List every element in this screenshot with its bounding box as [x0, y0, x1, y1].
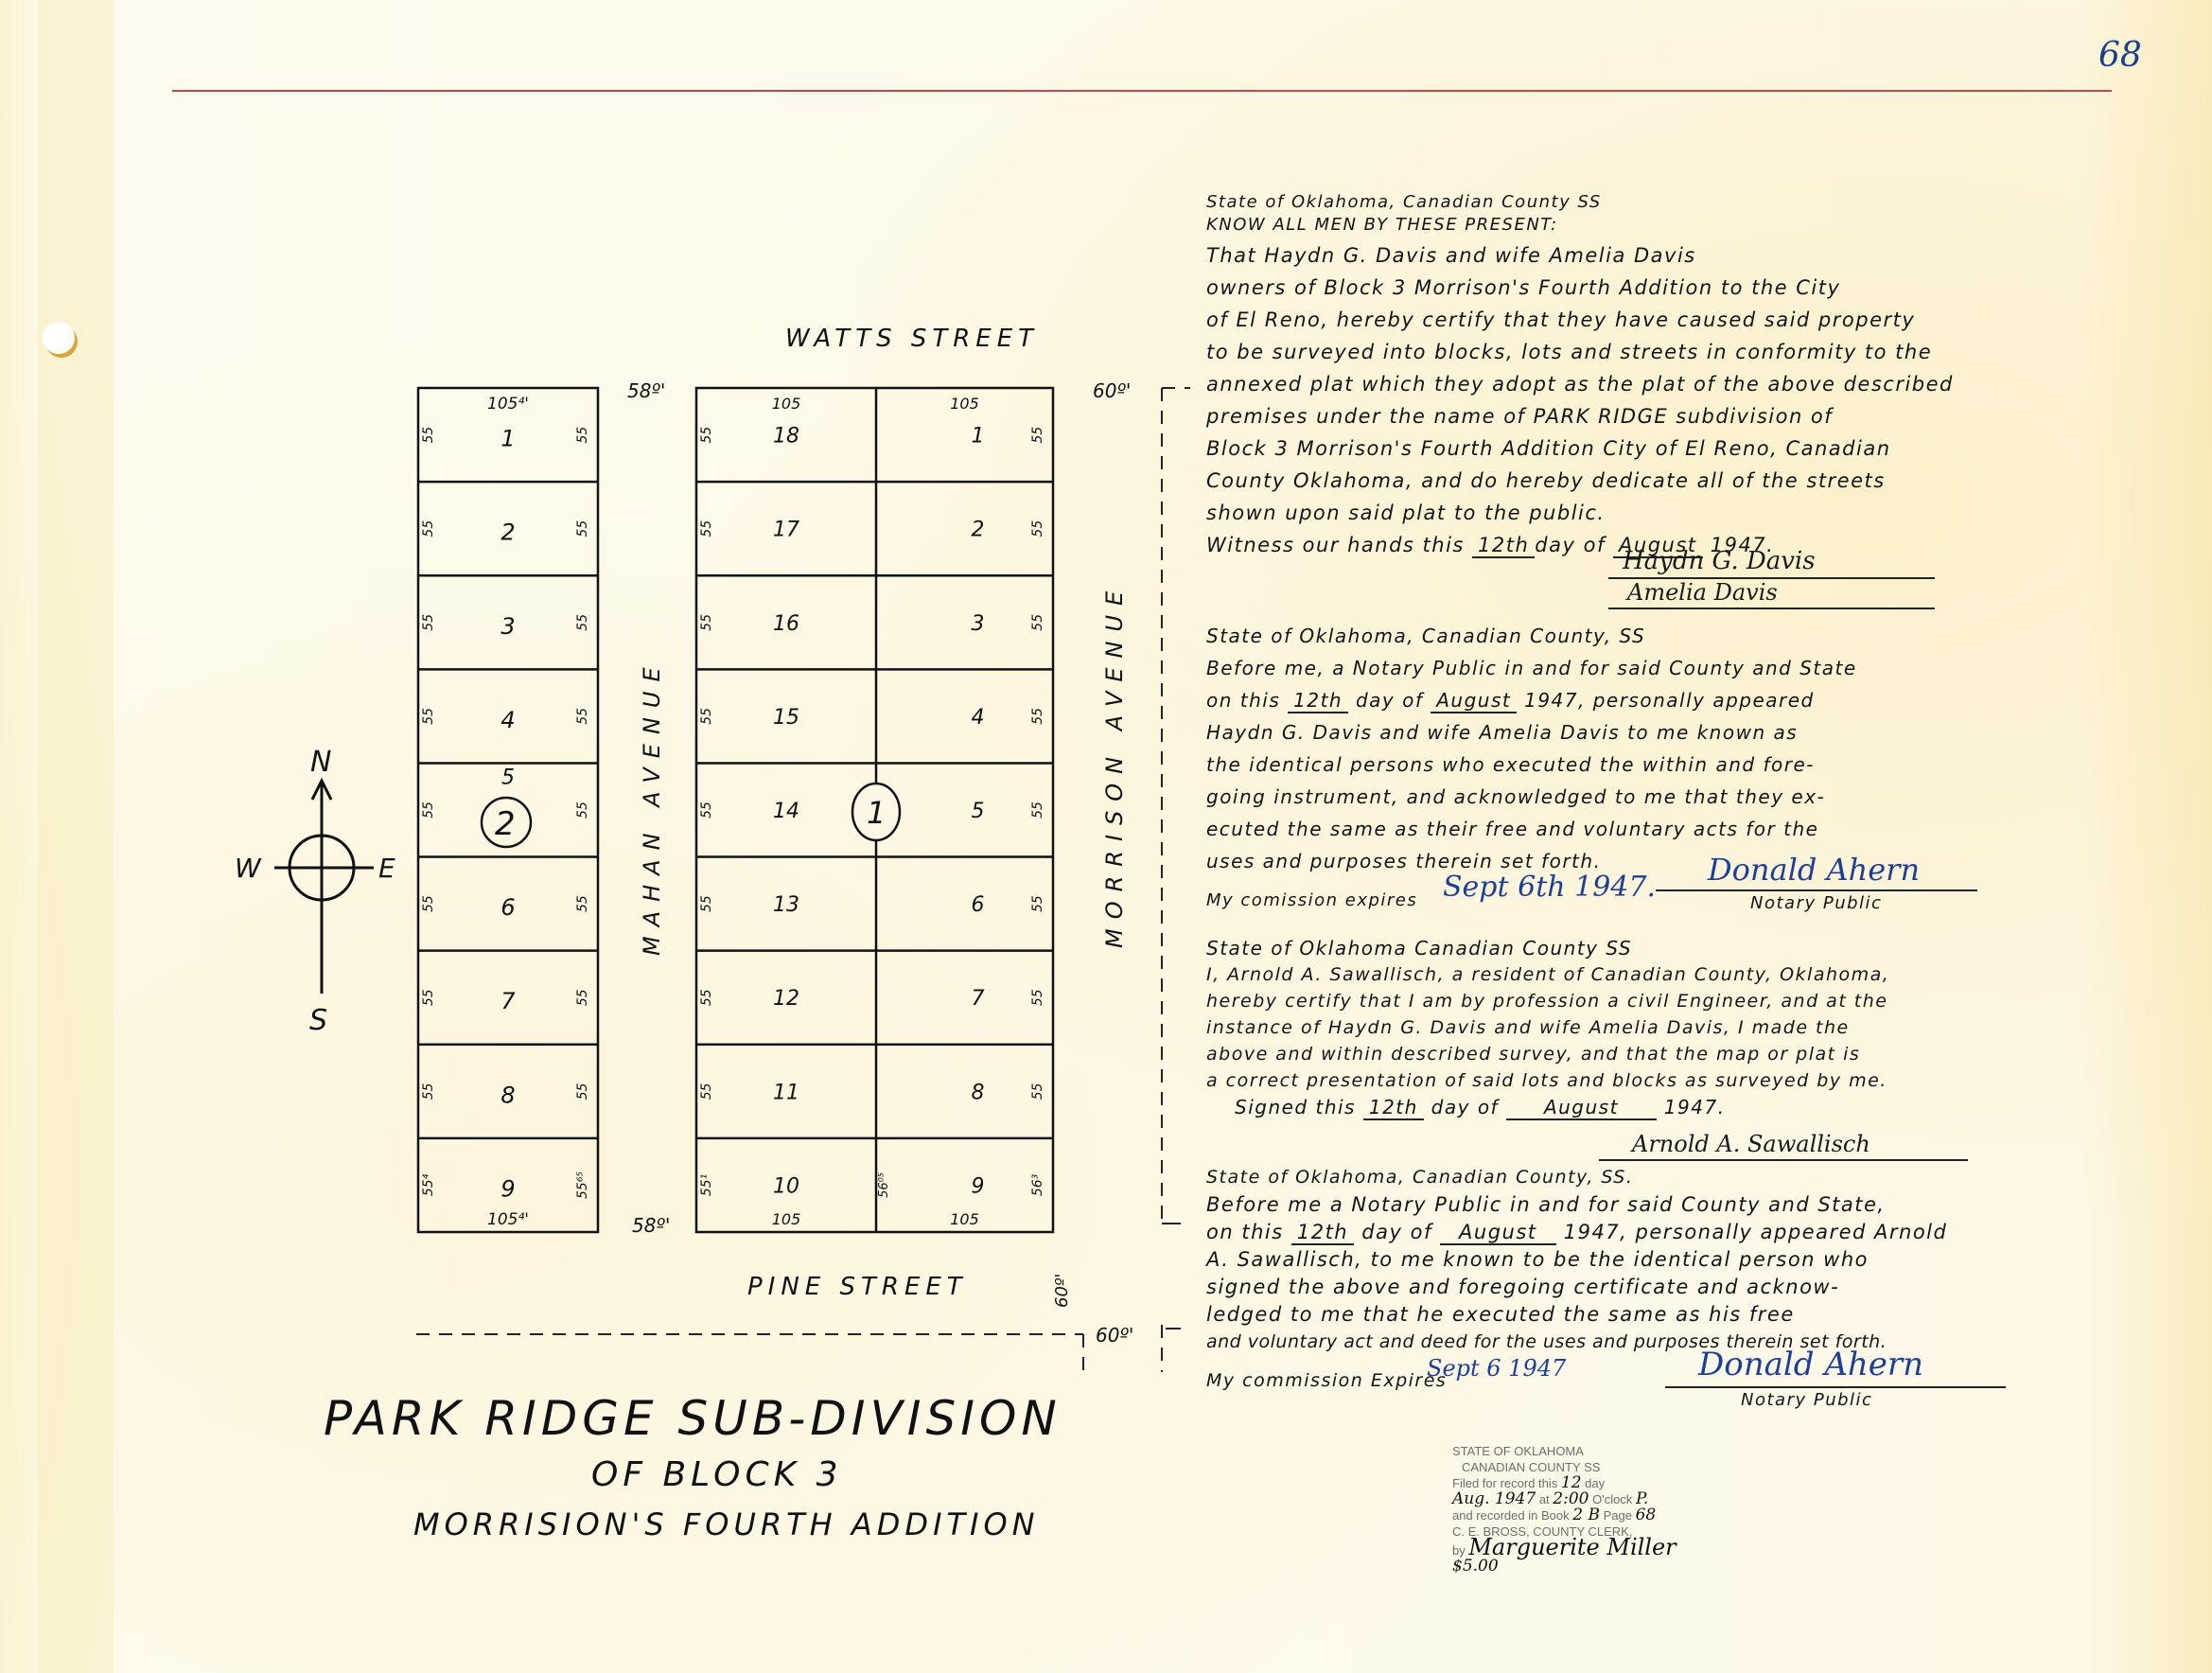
lot-number: 14 — [773, 800, 799, 823]
date-prefix: on this — [1206, 689, 1280, 712]
lot-number: 5 — [972, 800, 985, 823]
cert-line: annexed plat which they adopt as the pla… — [1206, 368, 1954, 400]
surveyor-certificate: State of Oklahoma Canadian County SS I, … — [1206, 935, 1889, 1120]
lot-dimension: 55 — [575, 801, 590, 819]
lot-dimension: 56³ — [1030, 1173, 1045, 1196]
stamp-deputy-signature: Marguerite Miller — [1468, 1534, 1676, 1560]
cert-line: a correct presentation of said lots and … — [1206, 1067, 1889, 1094]
notary-2-certificate: State of Oklahoma, Canadian County, SS. … — [1206, 1164, 1947, 1356]
lot-dimension: 55 — [421, 427, 436, 444]
stamp-page-label: Page — [1604, 1508, 1632, 1523]
lot-number: 9 — [972, 1174, 985, 1198]
notary-1-signature: Donald Ahern — [1708, 852, 1920, 888]
cert-line: owners of Block 3 Morrison's Fourth Addi… — [1206, 272, 1954, 304]
lot-number: 10 — [773, 1174, 799, 1198]
stamp-recorded-label: and recorded in Book — [1452, 1508, 1570, 1523]
date-day: 12th — [1291, 1221, 1354, 1245]
cert-line: State of Oklahoma, Canadian County, SS. — [1206, 1164, 1947, 1191]
notary-2-commission-date: Sept 6 1947 — [1427, 1355, 1566, 1382]
date-suffix: 1947, personally appeared — [1524, 689, 1815, 712]
witness-day-of: day of — [1535, 534, 1606, 556]
cert-line: premises under the name of PARK RIDGE su… — [1206, 400, 1954, 432]
cert-line: State of Oklahoma Canadian County SS — [1206, 935, 1889, 961]
lot-number: 1 — [972, 425, 985, 449]
stamp-oclock: O'clock — [1592, 1492, 1632, 1506]
pine-width-right: 60º' — [1096, 1324, 1133, 1347]
witness-prefix: Witness our hands this — [1206, 534, 1465, 556]
stamp-by: by — [1452, 1543, 1466, 1558]
signed-day-of: day of — [1431, 1096, 1499, 1118]
cert-line: County Oklahoma, and do hereby dedicate … — [1206, 465, 1954, 497]
dedication-body: That Haydn G. Davis and wife Amelia Davi… — [1206, 239, 1954, 561]
lot-dimension: 55 — [575, 895, 590, 912]
lot-dimension: 55 — [575, 989, 590, 1006]
notary-1-certificate: State of Oklahoma, Canadian County, SS B… — [1206, 620, 1857, 877]
witness-day: 12th — [1472, 534, 1535, 558]
lot-number: 1 — [500, 426, 515, 452]
date-day: 12th — [1288, 689, 1348, 713]
block-1-label: 1 — [867, 795, 886, 831]
street-mahan: MAHAN AVENUE — [639, 658, 665, 956]
lot-number: 7 — [972, 987, 985, 1011]
date-prefix: on this — [1206, 1221, 1284, 1243]
lot-dimension: 55 — [1030, 520, 1045, 537]
cert-line: I, Arnold A. Sawallisch, a resident of C… — [1206, 961, 1889, 988]
cert-line: ecuted the same as their free and volunt… — [1206, 813, 1857, 845]
lot-number: 18 — [773, 425, 799, 449]
date-day-of: day of — [1356, 689, 1423, 712]
lot-number: 8 — [972, 1081, 985, 1104]
north-arrow-icon — [274, 781, 374, 994]
lot-dimension: 55 — [699, 801, 714, 819]
witness-line: Witness our hands this 12thday of August… — [1206, 529, 1954, 561]
signature-amelia-davis: Amelia Davis — [1627, 579, 1778, 606]
notary-1-date-line: on this 12th day of August 1947, persona… — [1206, 684, 1857, 716]
lot-dimension: 55 — [575, 427, 590, 444]
block-1-top-width: 105 — [950, 395, 979, 413]
cert-line: Before me, a Notary Public in and for sa… — [1206, 652, 1857, 684]
compass-east: E — [378, 853, 395, 884]
cert-line: Haydn G. Davis and wife Amelia Davis to … — [1206, 716, 1857, 748]
lot-dimension: 55 — [1030, 1083, 1045, 1100]
lot-dimension: 55 — [1030, 801, 1045, 819]
compass-west: W — [235, 853, 262, 884]
pine-width-vertical: 60º' — [1052, 1274, 1072, 1308]
lot-dimension: 55 — [699, 989, 714, 1006]
notary-1-commission-date: Sept 6th 1947. — [1443, 871, 1656, 904]
lot-dimension: 55 — [421, 708, 436, 725]
lot-dimension: 55 — [699, 427, 714, 444]
cert-line: KNOW ALL MEN BY THESE PRESENT: — [1206, 214, 1602, 237]
block-2-bottom-width: 105⁴' — [487, 1210, 529, 1229]
date-month: August — [1431, 689, 1517, 713]
cert-line: A. Sawallisch, to me known to be the ide… — [1206, 1246, 1947, 1274]
lot-number: 8 — [500, 1082, 515, 1108]
lot-dimension: 55 — [1030, 614, 1045, 631]
lot-number: 9 — [500, 1175, 515, 1202]
surveyor-signed-line: Signed this 12th day of August 1947. — [1206, 1094, 1889, 1120]
cert-line: going instrument, and acknowledged to me… — [1206, 781, 1857, 813]
lot-dimension: 55⁴ — [421, 1173, 436, 1196]
signature-haydn-davis: Haydn G. Davis — [1623, 547, 1816, 575]
cert-line: the identical persons who executed the w… — [1206, 748, 1857, 781]
stamp-page: 68 — [1636, 1506, 1657, 1524]
cert-line: above and within described survey, and t… — [1206, 1041, 1889, 1067]
lot-number: 15 — [773, 706, 799, 730]
street-morrison: MORRISON AVENUE — [1101, 582, 1128, 948]
plat-subtitle: OF BLOCK 3 — [591, 1455, 843, 1494]
block-1-bottom-width: 105 — [950, 1210, 979, 1228]
plat-title: PARK RIDGE SUB-DIVISION — [324, 1391, 1062, 1446]
cert-line: State of Oklahoma, Canadian County SS — [1206, 191, 1602, 214]
date-day-of: day of — [1361, 1221, 1432, 1243]
stamp-book: 2 B — [1572, 1506, 1600, 1524]
lot-dimension: 55¹ — [699, 1174, 714, 1196]
lot-dimension: 55 — [1030, 708, 1045, 725]
lot-dimension: 56⁰⁵ — [877, 1172, 891, 1198]
stamp-fee: $5.00 — [1452, 1557, 1499, 1576]
lot-number: 6 — [500, 894, 515, 921]
stamp-at: at — [1539, 1492, 1550, 1506]
lot-dimension: 55⁶⁵ — [575, 1171, 590, 1199]
lot-number: 2 — [500, 520, 515, 546]
stamp-state: STATE OF OKLAHOMA — [1452, 1444, 1584, 1458]
block-2-label: 2 — [495, 805, 516, 843]
cert-line: Before me a Notary Public in and for sai… — [1206, 1191, 1947, 1219]
signed-year: 1947. — [1664, 1096, 1726, 1118]
signed-month: August — [1506, 1096, 1657, 1120]
lot-dimension: 55 — [421, 895, 436, 912]
cert-line: That Haydn G. Davis and wife Amelia Davi… — [1206, 239, 1954, 272]
block-1-bottom-width: 105 — [772, 1210, 801, 1228]
lot-number: 4 — [500, 707, 515, 733]
recording-stamp: STATE OF OKLAHOMA CANADIAN COUNTY SS Fil… — [1452, 1443, 1698, 1575]
compass-south: S — [309, 1004, 327, 1037]
notary-1-title: Notary Public — [1750, 888, 1882, 920]
lot-number: 3 — [972, 612, 985, 636]
cert-line: to be surveyed into blocks, lots and str… — [1206, 336, 1954, 368]
signed-day: 12th — [1363, 1096, 1424, 1120]
stamp-day-label: day — [1585, 1476, 1605, 1490]
notary-2-date-line: on this 12th day of August 1947, persona… — [1206, 1219, 1947, 1246]
street-watts: WATTS STREET — [785, 325, 1039, 353]
lot-dimension: 55 — [1030, 989, 1045, 1006]
lot-number: 12 — [773, 987, 799, 1011]
stamp-county: CANADIAN COUNTY — [1462, 1460, 1580, 1474]
lot-dimension: 55 — [575, 520, 590, 537]
lot-dimension: 55 — [1030, 427, 1045, 444]
lot-number: 11 — [773, 1081, 799, 1104]
lot-dimension: 55 — [421, 520, 436, 537]
date-month: August — [1440, 1221, 1556, 1245]
compass-north: N — [310, 746, 331, 779]
lot-dimension: 55 — [421, 614, 436, 631]
lot-number: 5 — [501, 766, 515, 789]
stamp-ss: SS — [1584, 1460, 1600, 1474]
lot-dimension: 55 — [699, 614, 714, 631]
cert-line: instance of Haydn G. Davis and wife Amel… — [1206, 1014, 1889, 1041]
lot-dimension: 55 — [699, 1083, 714, 1100]
lot-number: 4 — [972, 706, 985, 730]
lot-dimension: 55 — [1030, 895, 1045, 912]
stamp-filed-label: Filed for record this — [1452, 1476, 1557, 1490]
lot-dimension: 55 — [575, 708, 590, 725]
signed-prefix: Signed this — [1235, 1096, 1356, 1118]
mahan-width-bottom: 58º' — [632, 1214, 670, 1237]
lot-dimension: 55 — [421, 989, 436, 1006]
cert-line: signed the above and foregoing certifica… — [1206, 1274, 1947, 1301]
cert-line: ledged to me that he executed the same a… — [1206, 1301, 1947, 1329]
street-pine: PINE STREET — [747, 1273, 968, 1301]
morrison-width-top: 60º' — [1093, 379, 1131, 402]
mahan-width-top: 58º' — [627, 379, 665, 402]
surveyor-signature: Arnold A. Sawallisch — [1632, 1131, 1870, 1157]
lot-dimension: 55 — [575, 1083, 590, 1100]
signature-line — [1599, 1159, 1968, 1161]
block-1-top-width: 105 — [772, 395, 801, 413]
lot-number: 13 — [773, 893, 799, 917]
block-2-top-width: 105⁴' — [487, 395, 529, 414]
lot-dimension: 55 — [699, 520, 714, 537]
cert-line: hereby certify that I am by profession a… — [1206, 988, 1889, 1014]
lot-dimension: 55 — [699, 895, 714, 912]
cert-line: of El Reno, hereby certify that they hav… — [1206, 304, 1954, 336]
lot-dimension: 55 — [575, 614, 590, 631]
lot-number: 3 — [500, 613, 515, 640]
notary-2-signature: Donald Ahern — [1698, 1346, 1923, 1383]
lot-number: 17 — [773, 519, 799, 542]
lot-dimension: 55 — [421, 801, 436, 819]
boundary-dashed-lines — [416, 388, 1190, 1372]
notary-1-commission-label: My comission expires — [1206, 885, 1417, 917]
stamp-month-year: Aug. 1947 — [1452, 1489, 1536, 1508]
signature-line — [1608, 608, 1935, 609]
lot-number: 16 — [773, 612, 799, 636]
lot-number: 2 — [972, 519, 985, 542]
plat-addition: MORRISION'S FOURTH ADDITION — [413, 1506, 1040, 1542]
date-suffix: 1947, personally appeared Arnold — [1564, 1221, 1948, 1243]
cert-line: shown upon said plat to the public. — [1206, 497, 1954, 529]
lot-dimension: 55 — [421, 1083, 436, 1100]
lot-number: 7 — [500, 988, 516, 1014]
notary-2-title: Notary Public — [1741, 1384, 1872, 1417]
cert-line: State of Oklahoma, Canadian County, SS — [1206, 620, 1857, 652]
notary-2-commission-label: My commission Expires — [1206, 1365, 1447, 1397]
lot-number: 6 — [972, 893, 985, 917]
lot-dimension: 55 — [699, 708, 714, 725]
dedication-certificate: State of Oklahoma, Canadian County SS KN… — [1206, 191, 1602, 237]
cert-line: Block 3 Morrison's Fourth Addition City … — [1206, 432, 1954, 465]
